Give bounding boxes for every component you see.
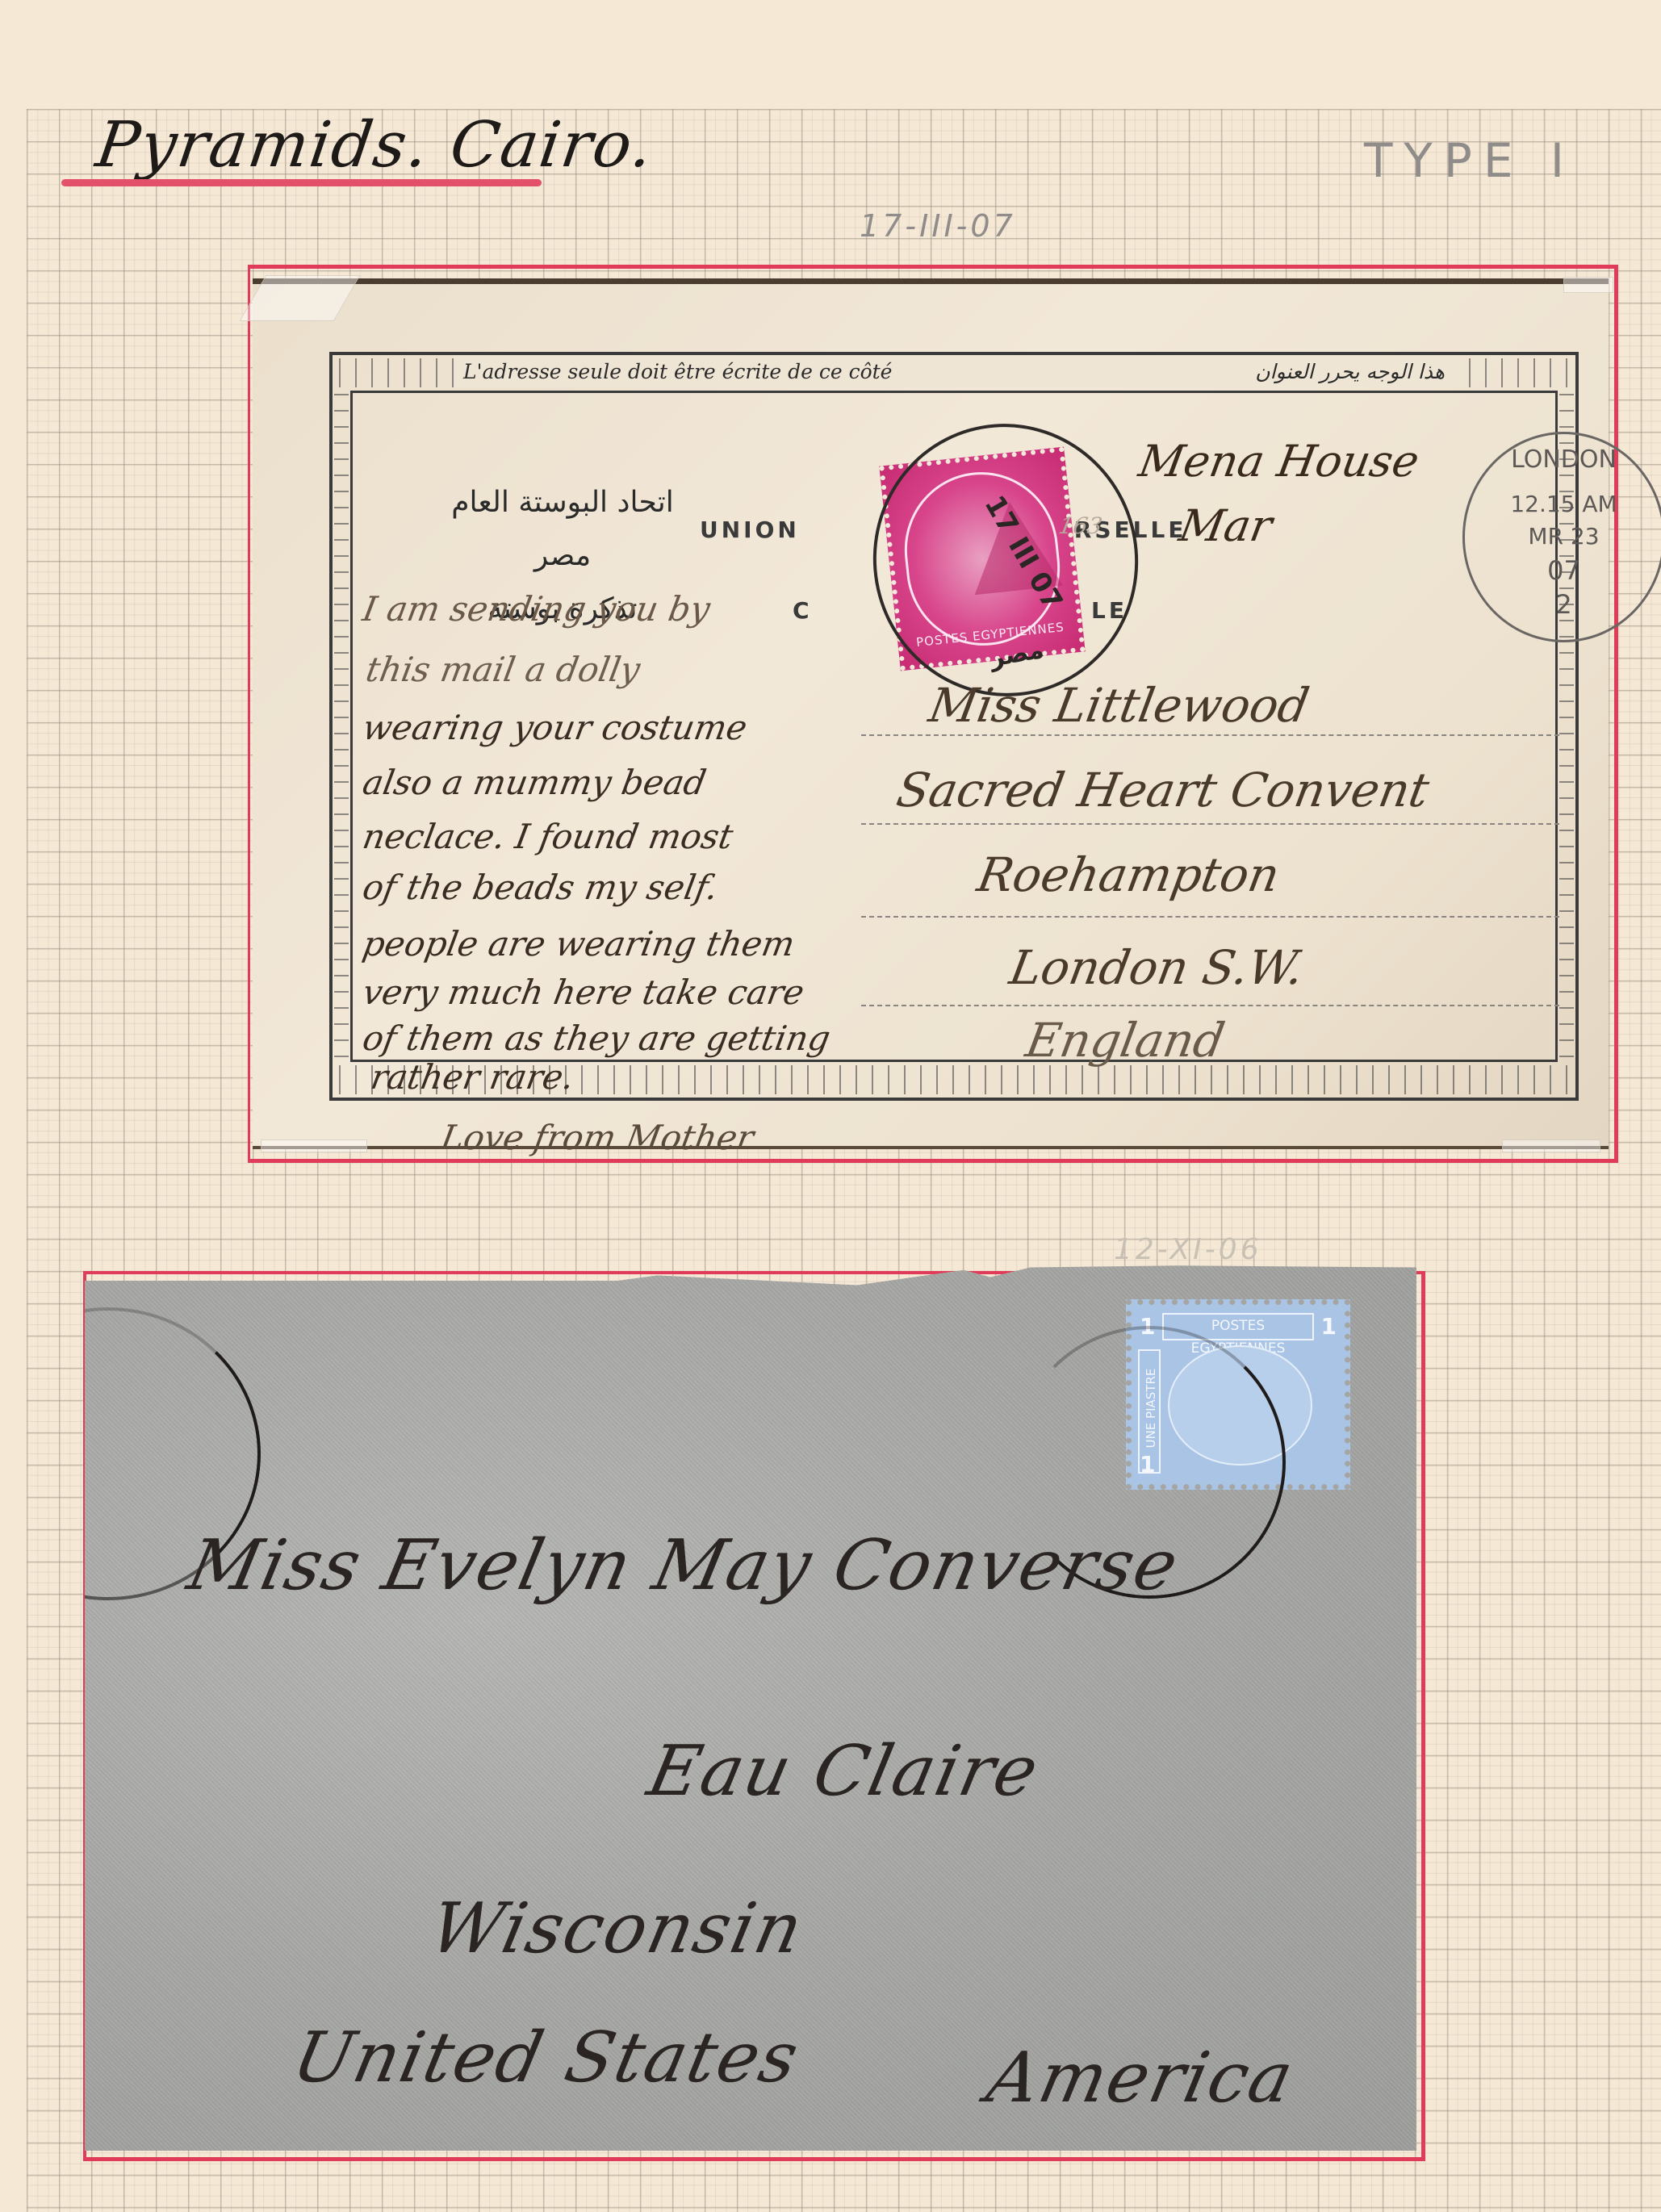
pencil-note: 163: [1056, 512, 1104, 539]
page-title: Pyramids. Cairo.: [92, 109, 659, 182]
address-line-street: Sacred Heart Convent: [893, 763, 1433, 817]
address-frame: L'adresse seule doit être écrite de ce c…: [329, 352, 1579, 1101]
postmark-date: 17 III 07: [978, 490, 1069, 615]
postmark-time: 12.15 AM: [1465, 491, 1661, 517]
envelope-address-state: Wisconsin: [423, 1888, 810, 1969]
arabic-line: اتحاد البوستة العام: [441, 476, 684, 529]
message-line: this mail a dolly: [363, 650, 643, 689]
postmark-city: LONDON: [1465, 445, 1661, 474]
london-postmark: LONDON 12.15 AM MR 23 07 2: [1462, 432, 1661, 642]
postmark-arabic: مصر: [988, 636, 1046, 673]
envelope-address-city: Eau Claire: [641, 1731, 1046, 1812]
arabic-line: مصر: [441, 529, 684, 583]
message-line: neclace. I found most: [360, 817, 736, 856]
envelope-address-country-2: America: [980, 2038, 1301, 2118]
signature: Love from Mother: [438, 1118, 757, 1157]
instruction-french: L'adresse seule doit être écrite de ce c…: [463, 360, 892, 383]
message-line: rather rare.: [368, 1057, 577, 1097]
forwarding-line: Mar: [1175, 500, 1275, 551]
message-line: people are wearing them: [360, 924, 798, 964]
envelope: POSTES EGYPTIENNES UNE PIASTRE 1 1 1 Mis…: [85, 1263, 1416, 2151]
hinge-bottom-left: [261, 1139, 367, 1152]
address-line: [861, 916, 1559, 918]
postcard-date-note: 17-III-07: [860, 208, 1016, 244]
message-line: very much here take care: [360, 972, 807, 1012]
title-underline: [61, 179, 542, 186]
address-instruction: L'adresse seule doit être écrite de ce c…: [454, 355, 1454, 387]
postmark-code: 2: [1465, 589, 1661, 620]
type-label: TYPE I: [1364, 133, 1575, 188]
hinge-top-left: [240, 275, 361, 321]
hinge-top-right: [1563, 277, 1613, 293]
postmark-year: 07: [1465, 555, 1661, 586]
address-line-city: London S.W.: [1006, 940, 1308, 995]
address-line: [861, 1005, 1559, 1006]
message-line: also a mummy bead: [360, 763, 709, 802]
postcard: L'adresse seule doit être écrite de ce c…: [253, 278, 1609, 1149]
envelope-address-name: Miss Evelyn May Converse: [181, 1525, 1186, 1606]
address-line-country: England: [1022, 1013, 1228, 1068]
instruction-arabic: هذا الوجه يحرر العنوان: [1255, 360, 1445, 383]
address-line-town: Roehampton: [973, 847, 1284, 902]
message-line: wearing your costume: [360, 708, 751, 747]
frame-border-pattern: [334, 387, 349, 1065]
address-line-name: Miss Littlewood: [925, 678, 1313, 733]
envelope-date-note: 12-XI-06: [1114, 1233, 1262, 1266]
upu-heading-left: UNION: [700, 516, 800, 543]
postmark-date: MR 23: [1465, 523, 1661, 550]
address-line: [861, 823, 1559, 825]
carte-postale-left: C: [793, 597, 813, 624]
address-line: [861, 734, 1559, 736]
message-line: of the beads my self.: [360, 868, 722, 907]
message-line: I am sending you by: [360, 589, 713, 629]
forwarding-line: Mena House: [1135, 436, 1423, 487]
envelope-address-country: United States: [286, 2018, 806, 2098]
stamp-value: 1: [1321, 1313, 1337, 1340]
message-line: of them as they are getting: [360, 1018, 834, 1058]
hinge-bottom-right: [1502, 1139, 1600, 1152]
